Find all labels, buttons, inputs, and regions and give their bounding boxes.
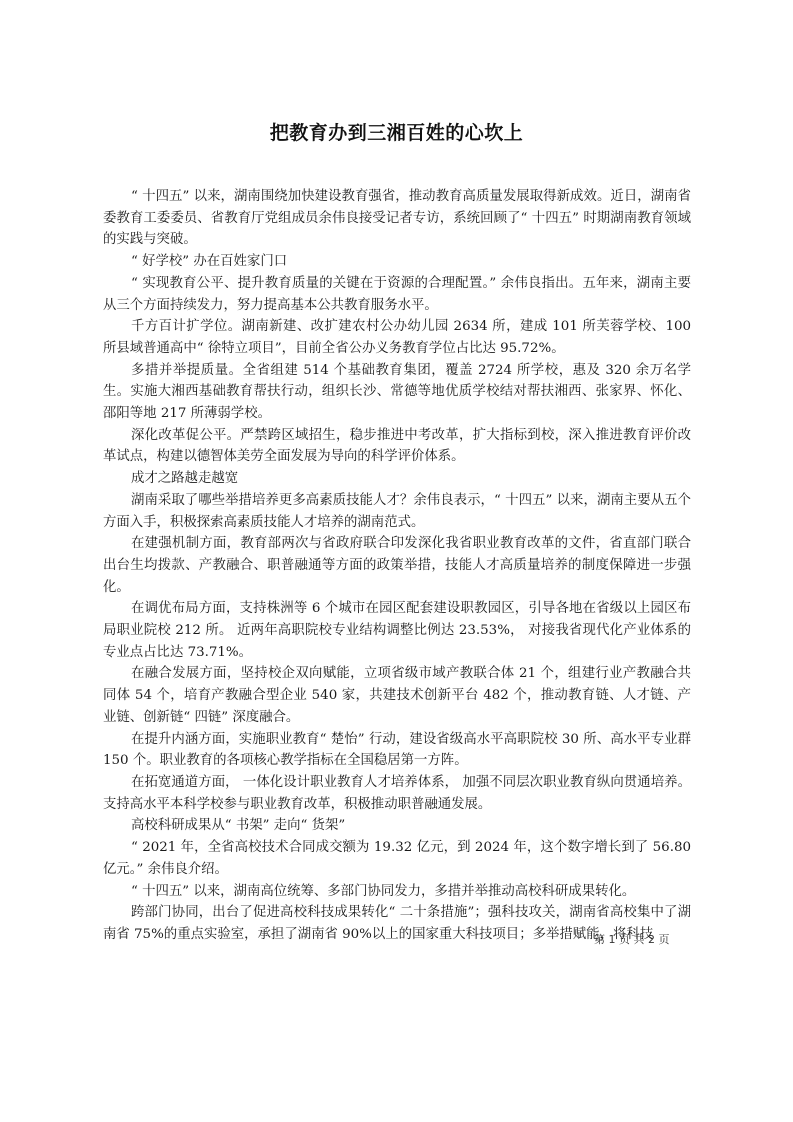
page-number-indicator: 第 1 页 共 2 页 <box>594 931 669 947</box>
paragraph: 千方百计扩学位。湖南新建、改扩建农村公办幼儿园 2634 所，建成 101 所芙… <box>103 316 691 359</box>
article-body: “ 十四五” 以来，湖南围绕加快建设教育强省，推动教育高质量发展取得新成效。近日… <box>103 186 691 946</box>
paragraph: “ 十四五” 以来，湖南围绕加快建设教育强省，推动教育高质量发展取得新成效。近日… <box>103 186 691 251</box>
paragraph: 多措并举提质量。全省组建 514 个基础教育集团，覆盖 2724 所学校，惠及 … <box>103 360 691 425</box>
paragraph: 在建强机制方面，教育部两次与省政府联合印发深化我省职业教育改革的文件，省直部门联… <box>103 533 691 598</box>
section-heading: 成才之路越走越宽 <box>103 468 691 490</box>
paragraph: “ 十四五” 以来，湖南高位统筹、多部门协同发力，多措并举推动高校科研成果转化。 <box>103 881 691 903</box>
section-heading: 高校科研成果从“ 书架” 走向“ 货架” <box>103 815 691 837</box>
paragraph: 在提升内涵方面，实施职业教育“ 楚怡” 行动，建设省级高水平高职院校 30 所、… <box>103 729 691 772</box>
section-heading: “ 好学校” 办在百姓家门口 <box>103 251 691 273</box>
paragraph: “ 实现教育公平、提升教育质量的关键在于资源的合理配置。” 余伟良指出。五年来，… <box>103 273 691 316</box>
paragraph: “ 2021 年，全省高校技术合同成交额为 19.32 亿元，到 2024 年，… <box>103 837 691 880</box>
document-title: 把教育办到三湘百姓的心坎上 <box>0 118 793 145</box>
paragraph: 在融合发展方面，坚持校企双向赋能，立项省级市域产教联合体 21 个，组建行业产教… <box>103 663 691 728</box>
paragraph: 湖南采取了哪些举措培养更多高素质技能人才？余伟良表示，“ 十四五” 以来，湖南主… <box>103 490 691 533</box>
document-page: 把教育办到三湘百姓的心坎上 “ 十四五” 以来，湖南围绕加快建设教育强省，推动教… <box>0 0 793 1122</box>
paragraph: 在拓宽通道方面， 一体化设计职业教育人才培养体系， 加强不同层次职业教育纵向贯通… <box>103 772 691 815</box>
paragraph: 在调优布局方面，支持株洲等 6 个城市在园区配套建设职教园区，引导各地在省级以上… <box>103 598 691 663</box>
paragraph: 深化改革促公平。严禁跨区域招生，稳步推进中考改革，扩大指标到校，深入推进教育评价… <box>103 425 691 468</box>
